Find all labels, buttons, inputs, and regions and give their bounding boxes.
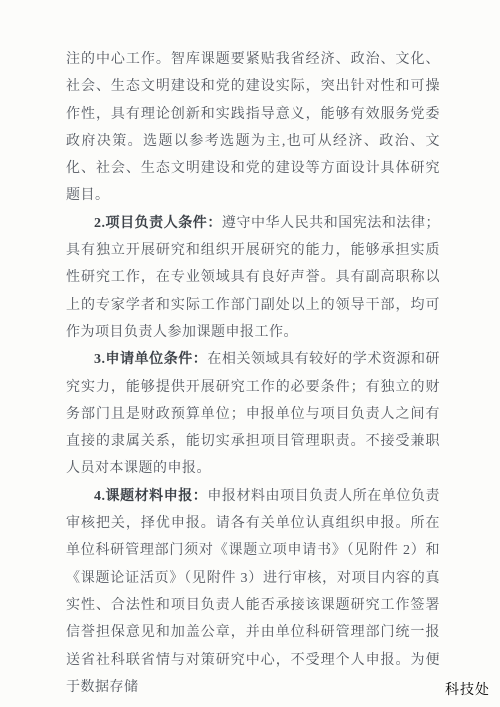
- paragraph-label: 4.课题材料申报：: [94, 489, 207, 504]
- document-body: 注的中心工作。智库课题要紧贴我省经济、政治、文化、社会、生态文明建设和党的建设实…: [66, 46, 440, 701]
- paragraph-item-2: 2.项目负责人条件：遵守中华人民共和国宪法和法律；具有独立开展研究和组织开展研究…: [66, 210, 440, 346]
- paragraph-item-3: 3.申请单位条件：在相关领域具有较好的学术资源和研究实力，能够提供开展研究工作的…: [66, 346, 440, 482]
- paragraph-label: 3.申请单位条件：: [94, 352, 207, 367]
- paragraph-text: 在相关领域具有较好的学术资源和研究实力，能够提供开展研究工作的必要条件；有独立的…: [66, 352, 440, 476]
- paragraph-text: 注的中心工作。智库课题要紧贴我省经济、政治、文化、社会、生态文明建设和党的建设实…: [66, 52, 440, 203]
- paragraph-continuation: 注的中心工作。智库课题要紧贴我省经济、政治、文化、社会、生态文明建设和党的建设实…: [66, 46, 440, 210]
- paragraph-text: 申报材料由项目负责人所在单位负责审核把关，择优申报。请各有关单位认真组织申报。所…: [66, 489, 440, 695]
- document-page: 注的中心工作。智库课题要紧贴我省经济、政治、文化、社会、生态文明建设和党的建设实…: [0, 0, 500, 707]
- paragraph-item-4: 4.课题材料申报：申报材料由项目负责人所在单位负责审核把关，择优申报。请各有关单…: [66, 483, 440, 701]
- paragraph-label: 2.项目负责人条件：: [94, 216, 222, 231]
- paragraph-text: 遵守中华人民共和国宪法和法律；具有独立开展研究和组织开展研究的能力，能够承担实质…: [66, 216, 440, 340]
- department-stamp-label: 科技处: [445, 679, 490, 699]
